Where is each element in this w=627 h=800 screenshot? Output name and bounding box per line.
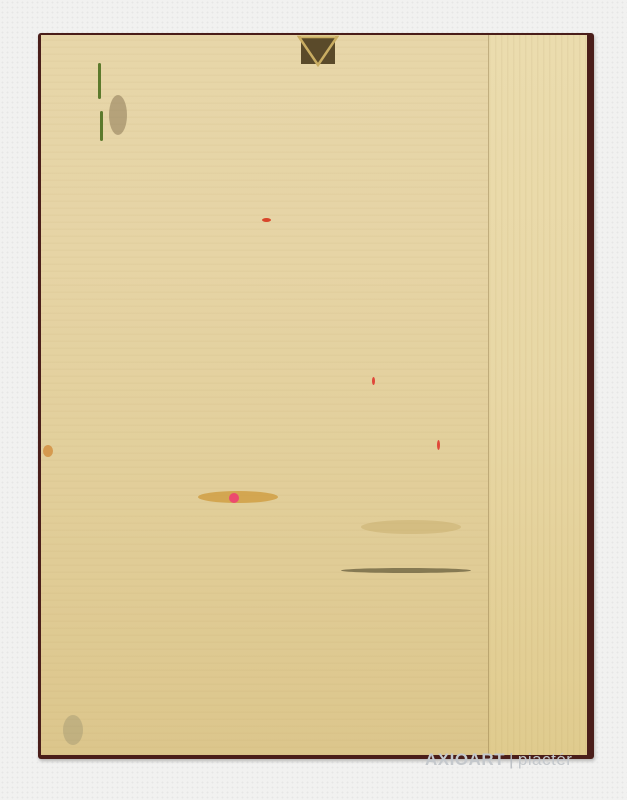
red-mark (262, 218, 271, 222)
photo: AXIOART|piactér (0, 0, 627, 800)
orange-mark-left (43, 445, 53, 457)
smudge (361, 520, 461, 534)
dark-streak (341, 568, 471, 573)
pink-mark (229, 493, 239, 503)
green-mark (100, 111, 103, 141)
dark-speckles (109, 95, 127, 135)
watermark-label: piactér (518, 750, 573, 769)
watermark-separator: | (509, 750, 514, 769)
red-mark (372, 377, 375, 385)
wood-batten-strip (488, 35, 587, 755)
smudge (63, 715, 83, 745)
watermark-brand: AXIOART (425, 750, 505, 769)
watermark: AXIOART|piactér (425, 750, 572, 770)
red-mark (437, 440, 440, 450)
hanger-bracket-icon (297, 33, 339, 67)
wooden-panel-back (41, 35, 586, 755)
green-mark (98, 63, 101, 99)
